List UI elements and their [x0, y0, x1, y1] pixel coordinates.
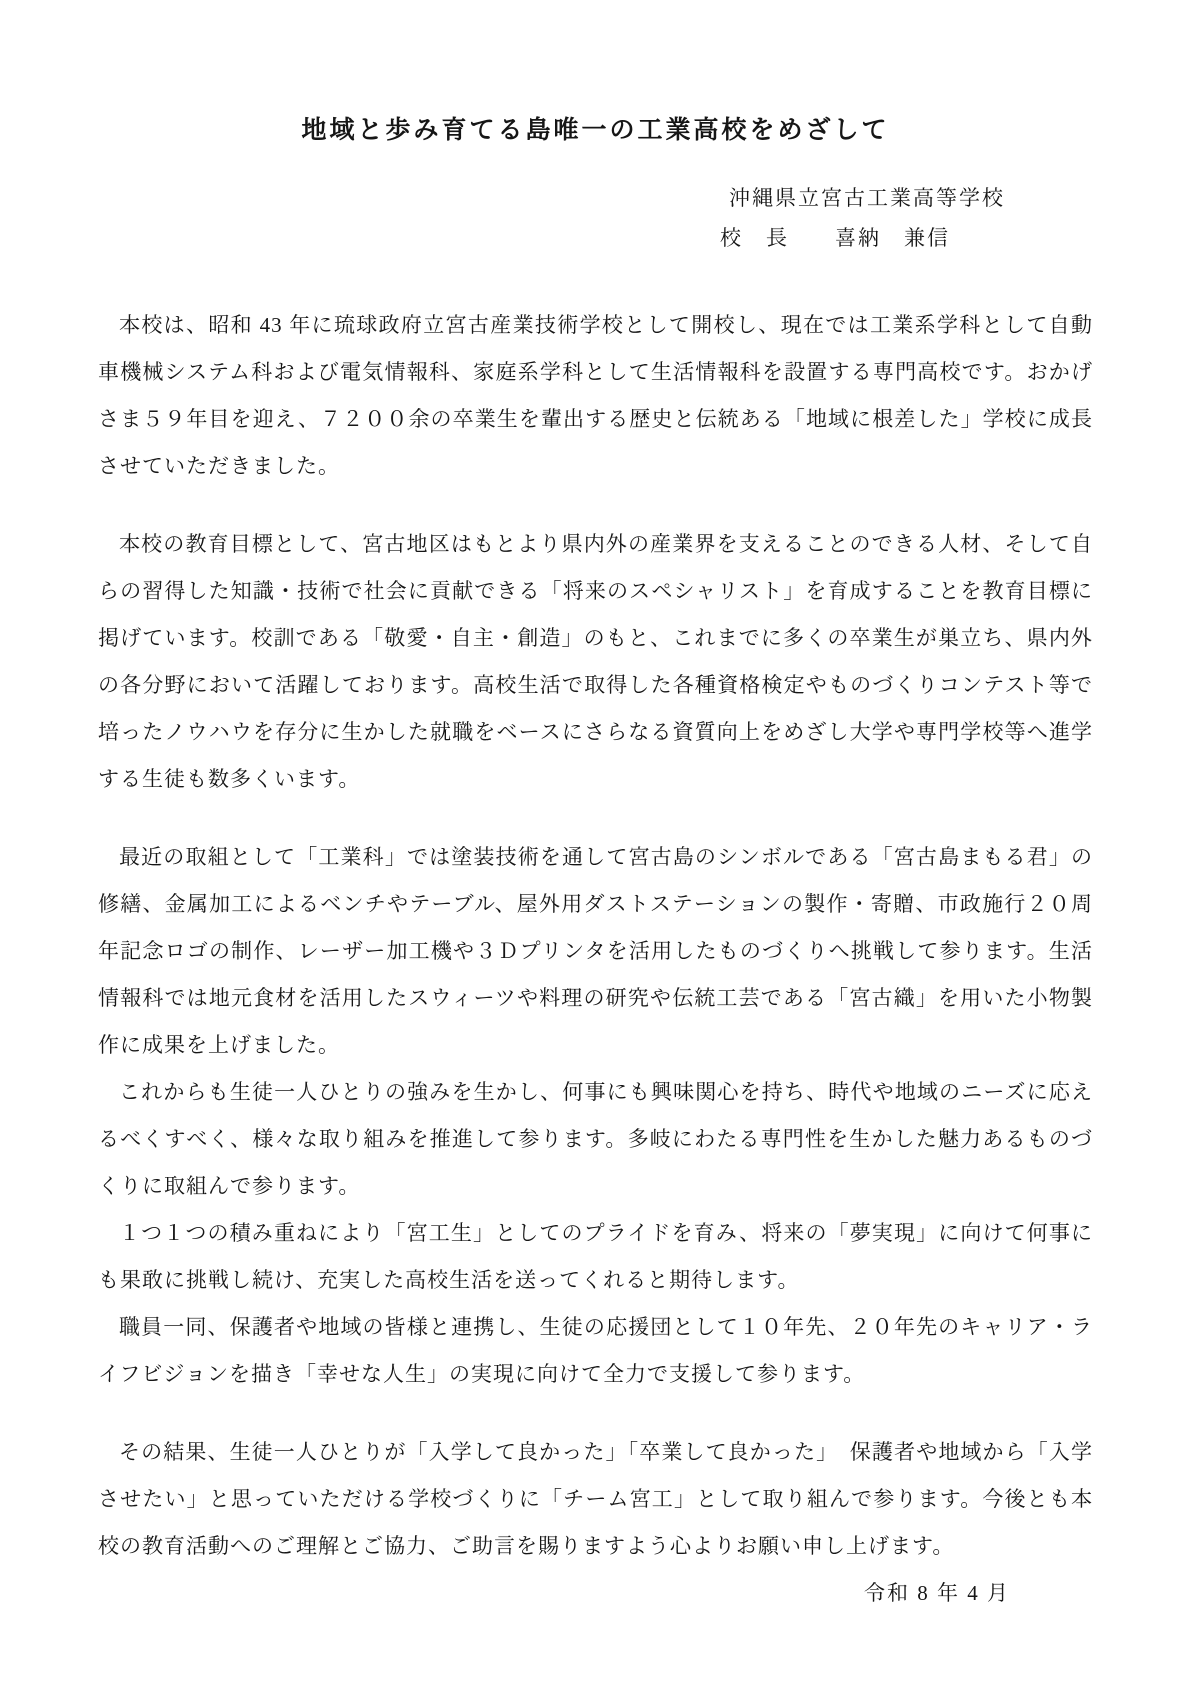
document-page: 地域と歩み育てる島唯一の工業高校をめざして 沖縄県立宮古工業高等学校 校 長 喜…: [0, 0, 1190, 1683]
document-date: 令和 8 年 4 月: [98, 1570, 1093, 1617]
document-title: 地域と歩み育てる島唯一の工業高校をめざして: [98, 116, 1093, 146]
paragraph-3: 最近の取組として「工業科」では塗装技術を通して宮古島のシンボルである「宮古島まも…: [98, 834, 1093, 1069]
paragraph-6: 職員一同、保護者や地域の皆様と連携し、生徒の応援団として１０年先、２０年先のキャ…: [98, 1304, 1093, 1398]
document-body: 本校は、昭和 43 年に琉球政府立宮古産業技術学校として開校し、現在では工業系学…: [98, 302, 1093, 1617]
school-name: 沖縄県立宮古工業高等学校: [98, 178, 1093, 218]
signature-block: 沖縄県立宮古工業高等学校 校 長 喜納 兼信: [98, 178, 1093, 258]
paragraph-7: その結果、生徒一人ひとりが「入学して良かった」「卒業して良かった」 保護者や地域…: [98, 1429, 1093, 1570]
paragraph-4: これからも生徒一人ひとりの強みを生かし、何事にも興味関心を持ち、時代や地域のニー…: [98, 1069, 1093, 1210]
principal-name: 校 長 喜納 兼信: [98, 218, 1093, 258]
paragraph-1: 本校は、昭和 43 年に琉球政府立宮古産業技術学校として開校し、現在では工業系学…: [98, 302, 1093, 490]
paragraph-5: １つ１つの積み重ねにより「宮工生」としてのプライドを育み、将来の「夢実現」に向け…: [98, 1210, 1093, 1304]
paragraph-2: 本校の教育目標として、宮古地区はもとより県内外の産業界を支えることのできる人材、…: [98, 521, 1093, 803]
